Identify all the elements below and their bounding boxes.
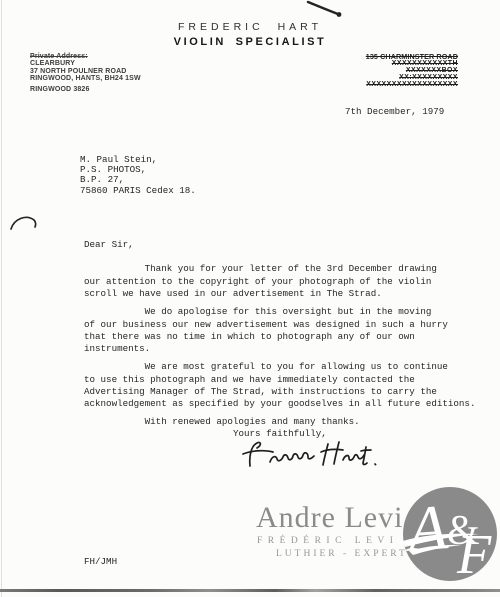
old-address-line: 135 CHARMINSTER ROAD <box>366 53 458 60</box>
old-address-obliterated-line: XXXXXXXBOX <box>366 67 458 74</box>
pen-mark-top-right-dot <box>337 12 342 17</box>
letterhead-private-address: Private Address: CLEARBURY 37 NORTH POUL… <box>30 53 141 93</box>
watermark-monogram-logo: A & F <box>403 487 497 581</box>
monogram-letter-a: A <box>403 491 450 565</box>
private-address-phone: RINGWOOD 3826 <box>30 86 141 93</box>
handwritten-signature <box>240 438 380 472</box>
paragraph-1: Thank you for your letter of the 3rd Dec… <box>84 263 494 300</box>
paragraph-3: We are most grateful to you for allowing… <box>84 361 494 411</box>
letter-date: 7th December, 1979 <box>345 106 444 117</box>
old-address-obliterated-line: XX:XXXXXXXXX <box>366 74 458 81</box>
watermark-subtitle: LUTHIER - EXPERT <box>276 549 408 559</box>
private-address-line: RINGWOOD, HANTS, BH24 1SW <box>30 75 141 82</box>
letterhead-old-address-struck: 135 CHARMINSTER ROAD XXXXXXXXXXXTH XXXXX… <box>366 53 458 88</box>
recipient-address: M. Paul Stein, P.S. PHOTOS, B.P. 27, 758… <box>80 155 196 196</box>
recipient-line: 75860 PARIS Cedex 18. <box>80 186 196 196</box>
reference-initials: FH/JMH <box>84 556 117 567</box>
letterhead-specialty: VIOLIN SPECIALIST <box>0 36 500 48</box>
scan-left-edge <box>1 0 2 597</box>
pen-mark-left-margin <box>11 217 36 229</box>
letter-body: Dear Sir, Thank you for your letter of t… <box>84 239 494 434</box>
letterhead-name: FREDERIC HART <box>0 21 500 33</box>
old-address-obliterated-line: XXXXXXXXXXXTH <box>366 60 458 67</box>
private-address-label: Private Address: <box>30 53 141 60</box>
private-address-line: 37 NORTH POULNER ROAD <box>30 68 141 75</box>
private-address-line: CLEARBURY <box>30 60 141 67</box>
paragraph-4: With renewed apologies and many thanks. <box>84 416 494 428</box>
old-address-obliterated-line: XXXXXXXXXXXXXXXXXX <box>366 81 458 88</box>
monogram-letter-f: F <box>456 524 492 581</box>
salutation: Dear Sir, <box>84 239 494 251</box>
watermark-name: Andre Levi <box>256 501 403 535</box>
scan-bottom-edge <box>0 589 500 592</box>
paragraph-2: We do apologise for this oversight but i… <box>84 306 494 356</box>
watermark-subname: FRÉDÉRIC LEVI <box>257 536 398 546</box>
scanned-letter-page: FREDERIC HART VIOLIN SPECIALIST Private … <box>0 0 500 597</box>
pen-mark-top-right <box>308 2 338 14</box>
